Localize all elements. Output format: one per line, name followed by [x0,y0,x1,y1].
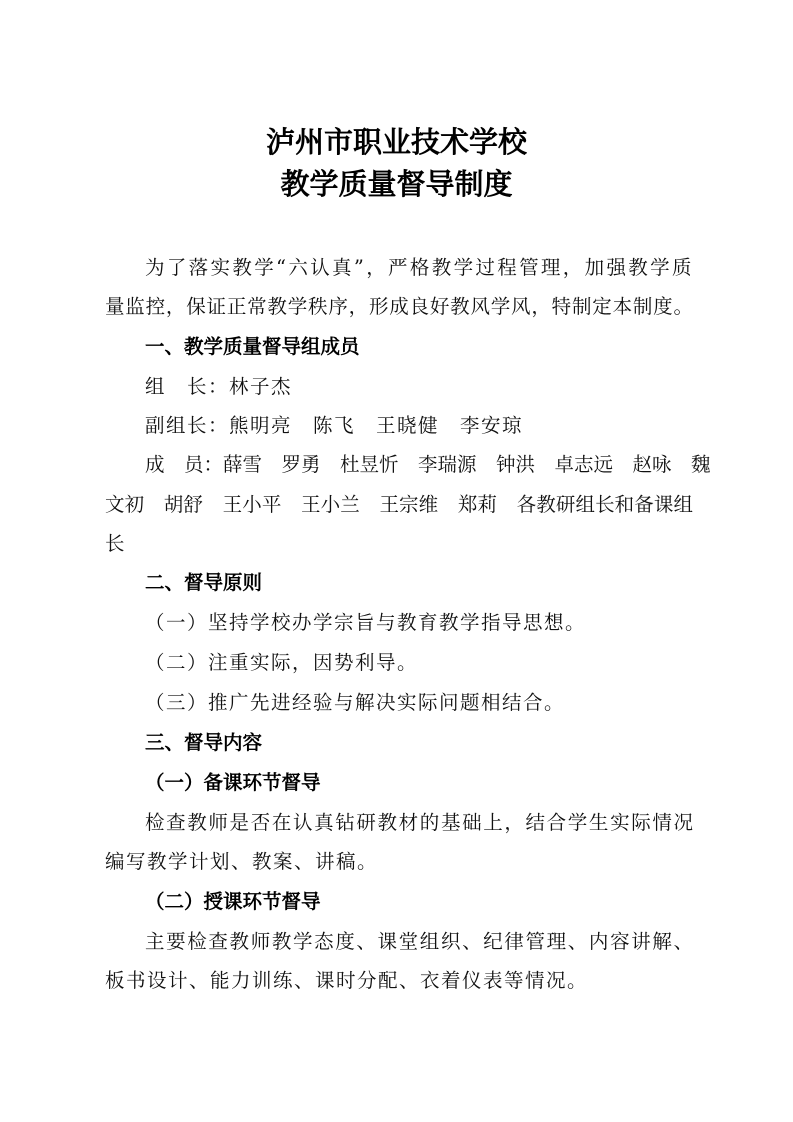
deputy-line: 副组长：熊明亮 陈飞 王晓健 李安琼 [145,411,523,441]
members-line-3: 长 [105,529,126,559]
subsection-1-heading: （一）备课环节督导 [145,768,321,798]
members-line-1: 成 员：薛雪 罗勇 杜昱忻 李瑞源 钟洪 卓志远 赵咏 魏 [145,450,693,480]
sub1-line-2: 编写教学计划、教案、讲稿。 [105,847,378,877]
document-page: 泸州市职业技术学校 教学质量督导制度 为了落实教学“六认真”，严格教学过程管理，… [0,0,793,1122]
principle-item-1: （一）坚持学校办学宗旨与教育教学指导思想。 [145,608,586,638]
sub2-line-2: 板书设计、能力训练、课时分配、衣着仪表等情况。 [105,966,588,996]
title-line-1: 泸州市职业技术学校 [0,124,793,160]
principle-item-3: （三）推广先进经验与解决实际问题相结合。 [145,688,565,718]
leader-line: 组 长：林子杰 [145,372,292,402]
section-2-heading: 二、督导原则 [145,568,262,598]
sub1-line-1: 检查教师是否在认真钻研教材的基础上，结合学生实际情况 [145,808,693,838]
principle-item-2: （二）注重实际，因势利导。 [145,648,418,678]
section-1-heading: 一、教学质量督导组成员 [145,332,360,362]
title-line-2: 教学质量督导制度 [0,166,793,202]
intro-line-1: 为了落实教学“六认真”，严格教学过程管理，加强教学质 [145,253,693,283]
section-3-heading: 三、督导内容 [145,728,262,758]
sub2-line-1: 主要检查教师教学态度、课堂组织、纪律管理、内容讲解、 [145,927,693,957]
subsection-2-heading: （二）授课环节督导 [145,887,321,917]
members-line-2: 文初 胡舒 王小平 王小兰 王宗维 郑莉 各教研组长和备课组 [105,490,693,520]
intro-line-2: 量监控，保证正常教学秩序，形成良好教风学风，特制定本制度。 [105,292,693,322]
